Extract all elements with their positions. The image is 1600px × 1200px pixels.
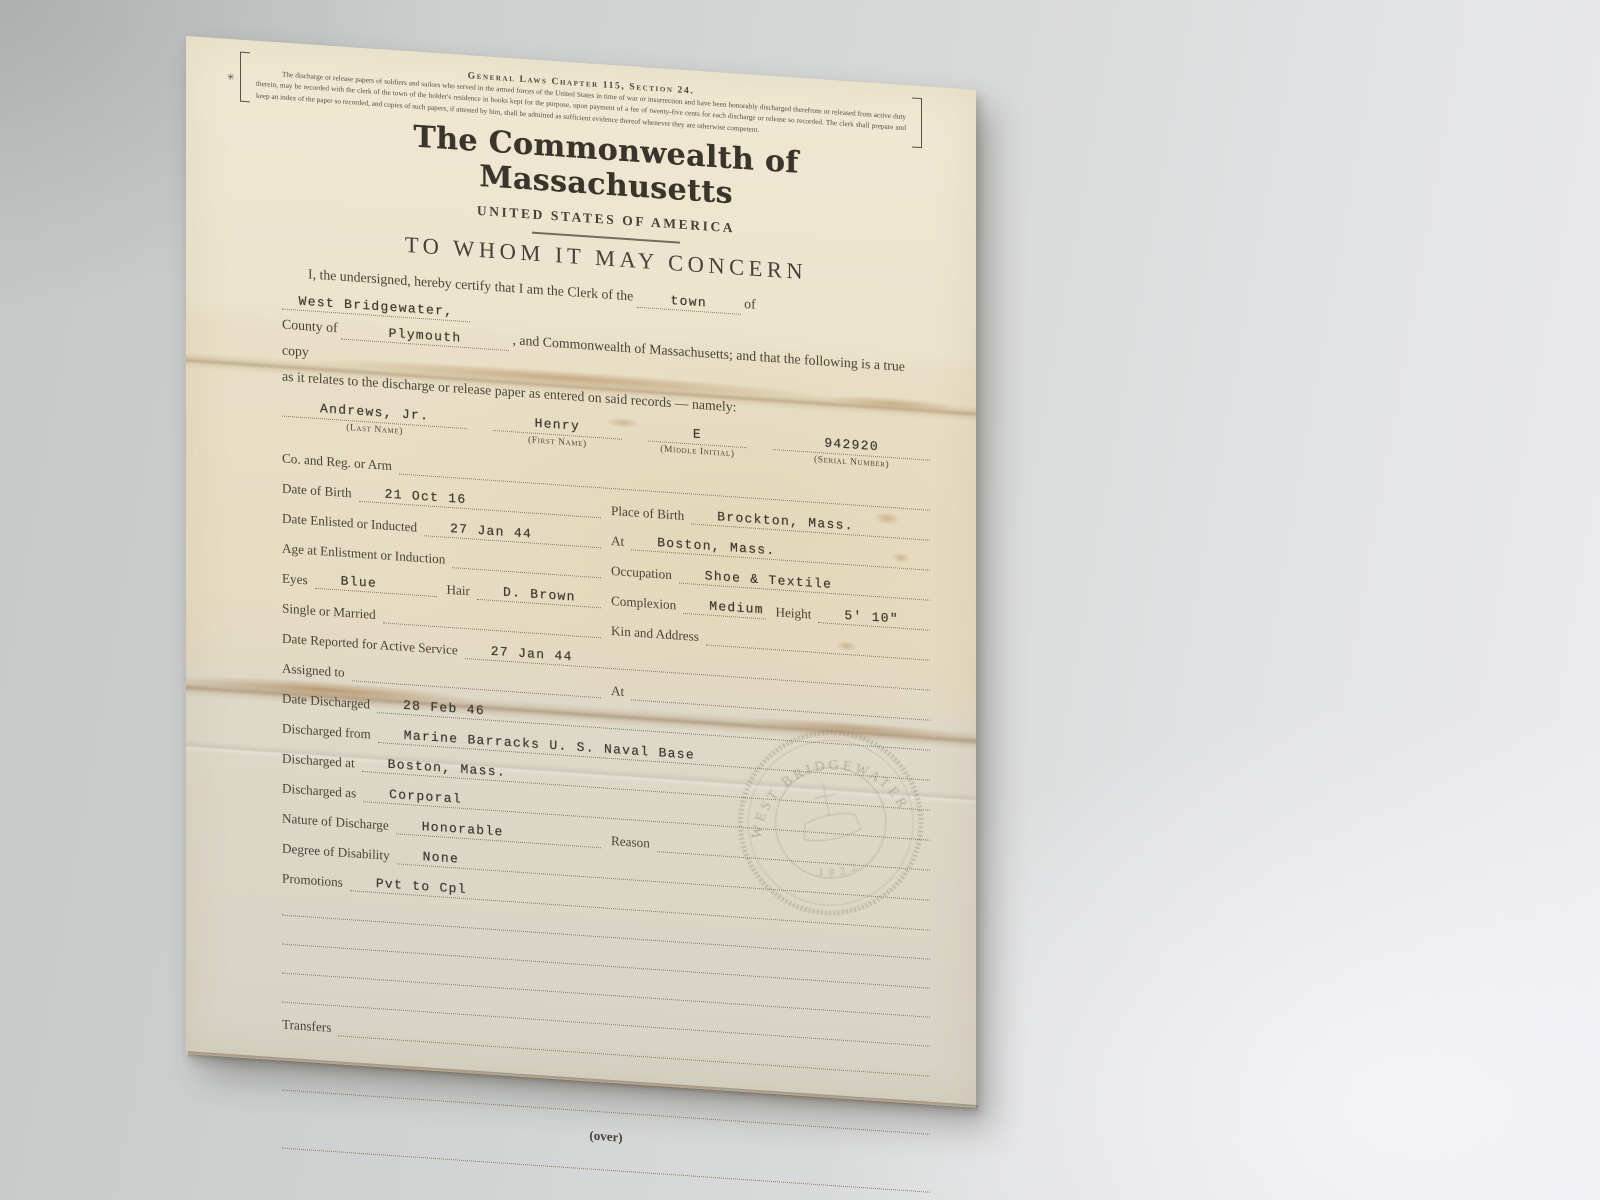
serial-number-column: 942920 (Serial Number) xyxy=(773,432,930,473)
field-label: Hair xyxy=(447,582,477,600)
right-bracket-ornament xyxy=(912,97,922,148)
field-label: At xyxy=(611,683,631,700)
seal-arc-bottom-text: 1822 xyxy=(815,857,865,883)
document-content: ✳ General Laws Chapter 115, Section 24. … xyxy=(186,36,976,1108)
discharge-record-paper: ✳ General Laws Chapter 115, Section 24. … xyxy=(186,36,976,1108)
office-field: town xyxy=(637,290,741,315)
embossed-seal: WEST BRIDGEWATER 1822 xyxy=(714,709,947,938)
county-field: Plymouth xyxy=(341,322,509,351)
over-label: (over) xyxy=(589,1128,622,1146)
left-bracket-ornament xyxy=(240,52,250,103)
field-label: Eyes xyxy=(282,571,315,589)
photo-background: ✳ General Laws Chapter 115, Section 24. … xyxy=(0,0,1600,1200)
field-label: Reason xyxy=(611,833,657,852)
county-label: County of xyxy=(282,317,338,336)
field-label: At xyxy=(611,533,631,550)
seal-emblem xyxy=(801,810,863,845)
last-name-column: Andrews, Jr. (Last Name) xyxy=(282,399,467,442)
first-name-column: Henry (First Name) xyxy=(493,413,621,452)
field-label: Height xyxy=(776,605,819,624)
middle-initial-column: E (Middle Initial) xyxy=(648,424,748,461)
svg-text:1822: 1822 xyxy=(815,857,865,883)
cert-of: of xyxy=(744,296,756,312)
fleuron-icon: ✳ xyxy=(227,71,235,83)
